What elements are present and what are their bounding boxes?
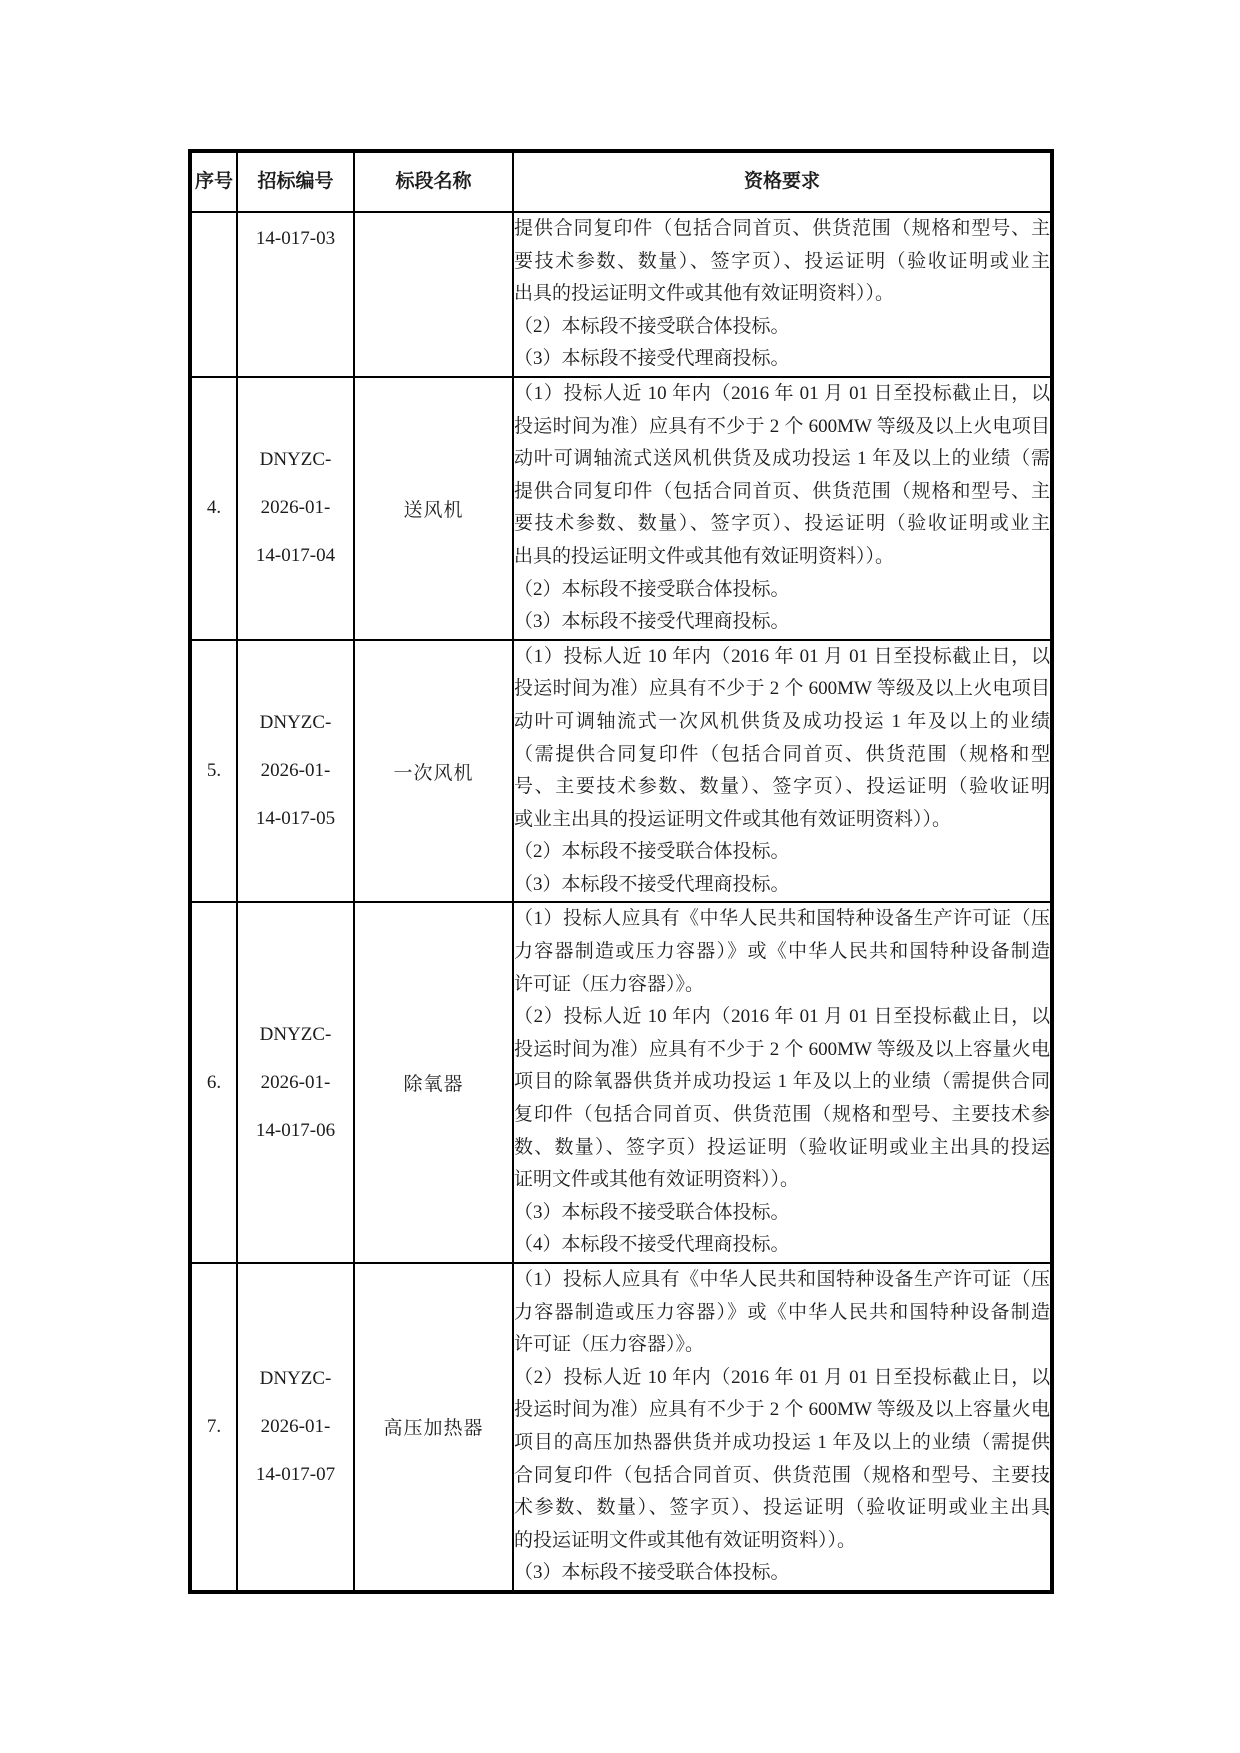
requirement-line: 力容器制造或压力容器）》或《中华人民共和国特种设备制造 (514, 936, 1050, 969)
requirement-line: （4）本标段不接受代理商投标。 (514, 1229, 1050, 1262)
column-header-requirements: 资格要求 (513, 151, 1052, 212)
section-name-cell (354, 212, 513, 377)
requirement-line: 项目的高压加热器供货并成功投运 1 年及以上的业绩（需提供 (514, 1427, 1050, 1460)
requirement-line: 许可证（压力容器）》。 (514, 969, 1050, 1002)
requirement-line: （1）投标人近 10 年内（2016 年 01 月 01 日至投标截止日，以 (514, 641, 1050, 674)
section-name-cell: 除氧器 (354, 902, 513, 1263)
row-number-cell: 5. (190, 640, 237, 903)
requirement-line: （1）投标人近 10 年内（2016 年 01 月 01 日至投标截止日，以 (514, 378, 1050, 411)
bid-number-line: 14-017-04 (238, 532, 353, 580)
row-number-cell (190, 212, 237, 377)
requirement-line: 证明文件或其他有效证明资料））。 (514, 1164, 1050, 1197)
requirements-cell: （1）投标人近 10 年内（2016 年 01 月 01 日至投标截止日，以投运… (513, 377, 1052, 640)
requirement-line: 提供合同复印件（包括合同首页、供货范围（规格和型号、主 (514, 213, 1050, 246)
requirement-line: 要技术参数、数量）、签字页）、投运证明（验收证明或业主 (514, 508, 1050, 541)
table-row: 7. DNYZC-2026-01-14-017-07 高压加热器 （1）投标人应… (190, 1263, 1052, 1592)
requirement-line: （3）本标段不接受联合体投标。 (514, 1197, 1050, 1230)
requirement-line: 力容器制造或压力容器）》或《中华人民共和国特种设备制造 (514, 1297, 1050, 1330)
requirement-line: 复印件（包括合同首页、供货范围（规格和型号、主要技术参 (514, 1099, 1050, 1132)
bid-number-line: DNYZC- (238, 699, 353, 747)
requirement-line: 合同复印件（包括合同首页、供货范围（规格和型号、主要技 (514, 1460, 1050, 1493)
requirement-line: 许可证（压力容器）》。 (514, 1329, 1050, 1362)
section-name-cell: 一次风机 (354, 640, 513, 903)
bid-number-line: 2026-01- (238, 484, 353, 532)
requirement-line: （1）投标人应具有《中华人民共和国特种设备生产许可证（压 (514, 1264, 1050, 1297)
bid-number-line: 14-017-07 (238, 1451, 353, 1499)
row-number-cell: 4. (190, 377, 237, 640)
row-number-cell: 7. (190, 1263, 237, 1592)
requirement-line: （3）本标段不接受联合体投标。 (514, 1557, 1050, 1590)
requirement-line: （2）本标段不接受联合体投标。 (514, 311, 1050, 344)
requirement-line: 出具的投运证明文件或其他有效证明资料））。 (514, 278, 1050, 311)
column-header-bid-number: 招标编号 (237, 151, 354, 212)
requirement-line: 要技术参数、数量）、签字页）、投运证明（验收证明或业主 (514, 246, 1050, 279)
bid-number-line: 14-017-06 (238, 1107, 353, 1155)
requirement-line: 术参数、数量）、签字页）、投运证明（验收证明或业主出具 (514, 1492, 1050, 1525)
table-row: 5. DNYZC-2026-01-14-017-05 一次风机 （1）投标人近 … (190, 640, 1052, 903)
bid-number-line: 2026-01- (238, 1403, 353, 1451)
requirement-line: 投运时间为准）应具有不少于 2 个 600MW 等级及以上容量火电 (514, 1034, 1050, 1067)
column-header-no: 序号 (190, 151, 237, 212)
bid-sections-table: 序号 招标编号 标段名称 资格要求 14-017-03 提供合同复印件（包括合同… (188, 149, 1054, 1594)
requirement-line: （3）本标段不接受代理商投标。 (514, 869, 1050, 902)
requirement-line: （2）投标人近 10 年内（2016 年 01 月 01 日至投标截止日，以 (514, 1001, 1050, 1034)
requirement-line: （2）本标段不接受联合体投标。 (514, 574, 1050, 607)
requirement-line: 项目的除氧器供货并成功投运 1 年及以上的业绩（需提供合同 (514, 1066, 1050, 1099)
section-name-cell: 高压加热器 (354, 1263, 513, 1592)
row-number-cell: 6. (190, 902, 237, 1263)
table-row: 14-017-03 提供合同复印件（包括合同首页、供货范围（规格和型号、主要技术… (190, 212, 1052, 377)
requirement-line: 数、数量）、签字页）投运证明（验收证明或业主出具的投运 (514, 1132, 1050, 1165)
requirements-cell: （1）投标人应具有《中华人民共和国特种设备生产许可证（压力容器制造或压力容器）》… (513, 902, 1052, 1263)
requirement-line: （需提供合同复印件（包括合同首页、供货范围（规格和型 (514, 739, 1050, 772)
requirement-line: 动叶可调轴流式一次风机供货及成功投运 1 年及以上的业绩 (514, 706, 1050, 739)
requirement-line: 的投运证明文件或其他有效证明资料））。 (514, 1525, 1050, 1558)
bid-number-line: 14-017-05 (238, 795, 353, 843)
section-name-cell: 送风机 (354, 377, 513, 640)
bid-number-cell: 14-017-03 (237, 212, 354, 377)
requirement-line: 提供合同复印件（包括合同首页、供货范围（规格和型号、主 (514, 476, 1050, 509)
requirement-line: 动叶可调轴流式送风机供货及成功投运 1 年及以上的业绩（需 (514, 443, 1050, 476)
bid-number-cell: DNYZC-2026-01-14-017-06 (237, 902, 354, 1263)
requirement-line: 投运时间为准）应具有不少于 2 个 600MW 等级及以上火电项目 (514, 411, 1050, 444)
bid-number-cell: DNYZC-2026-01-14-017-05 (237, 640, 354, 903)
requirement-line: 出具的投运证明文件或其他有效证明资料））。 (514, 541, 1050, 574)
requirement-line: （1）投标人应具有《中华人民共和国特种设备生产许可证（压 (514, 903, 1050, 936)
bid-number-line: DNYZC- (238, 436, 353, 484)
requirement-line: （3）本标段不接受代理商投标。 (514, 343, 1050, 376)
bid-number-cell: DNYZC-2026-01-14-017-04 (237, 377, 354, 640)
requirement-line: （2）投标人近 10 年内（2016 年 01 月 01 日至投标截止日，以 (514, 1362, 1050, 1395)
page: 序号 招标编号 标段名称 资格要求 14-017-03 提供合同复印件（包括合同… (0, 0, 1240, 1753)
column-header-section-name: 标段名称 (354, 151, 513, 212)
requirement-line: 投运时间为准）应具有不少于 2 个 600MW 等级及以上容量火电 (514, 1394, 1050, 1427)
table-row: 6. DNYZC-2026-01-14-017-06 除氧器 （1）投标人应具有… (190, 902, 1052, 1263)
bid-number-line: DNYZC- (238, 1355, 353, 1403)
bid-number-line: 14-017-03 (238, 213, 353, 253)
requirement-line: （3）本标段不接受代理商投标。 (514, 606, 1050, 639)
bid-number-line: 2026-01- (238, 747, 353, 795)
bid-number-line: DNYZC- (238, 1011, 353, 1059)
header-row: 序号 招标编号 标段名称 资格要求 (190, 151, 1052, 212)
bid-number-cell: DNYZC-2026-01-14-017-07 (237, 1263, 354, 1592)
requirements-cell: 提供合同复印件（包括合同首页、供货范围（规格和型号、主要技术参数、数量）、签字页… (513, 212, 1052, 377)
requirement-line: （2）本标段不接受联合体投标。 (514, 836, 1050, 869)
requirements-cell: （1）投标人应具有《中华人民共和国特种设备生产许可证（压力容器制造或压力容器）》… (513, 1263, 1052, 1592)
table-row: 4. DNYZC-2026-01-14-017-04 送风机 （1）投标人近 1… (190, 377, 1052, 640)
requirements-cell: （1）投标人近 10 年内（2016 年 01 月 01 日至投标截止日，以投运… (513, 640, 1052, 903)
bid-number-line: 2026-01- (238, 1059, 353, 1107)
requirement-line: 号、主要技术参数、数量）、签字页）、投运证明（验收证明 (514, 771, 1050, 804)
requirement-line: 或业主出具的投运证明文件或其他有效证明资料））。 (514, 804, 1050, 837)
requirement-line: 投运时间为准）应具有不少于 2 个 600MW 等级及以上火电项目 (514, 673, 1050, 706)
